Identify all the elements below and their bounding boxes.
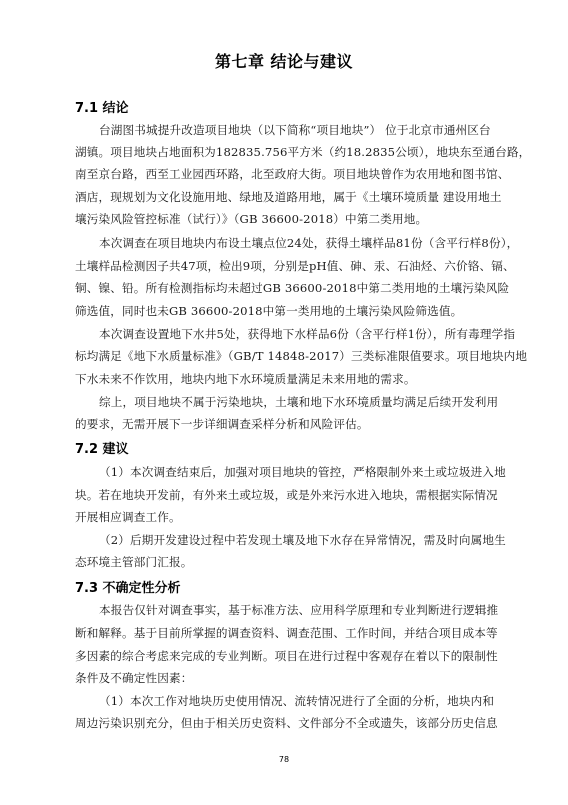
text-line: 的要求，无需开展下一步详细调查采样分析和风险评估。 (75, 417, 495, 431)
text-line: 开展相应调查工作。 (75, 510, 495, 524)
section-heading-uncertainty: 7.3 不确定性分析 (75, 577, 181, 596)
page-number: 78 (0, 755, 568, 764)
text-line: 酒店，现规划为文化设施用地、绿地及道路用地，属于《土壤环境质量 建设用地土 (75, 190, 495, 204)
text-line: （1）本次调查结束后，加强对项目地块的管控，严格限制外来土或垃圾进入地 (99, 465, 519, 479)
text-line: 本次调查设置地下水井5处，获得地下水样品6份（含平行样1份），所有毒理学指 (99, 327, 519, 341)
document-page: 第七章 结论与建议 7.1 结论 台湖图书城提升改造项目地块（以下简称“项目地块… (0, 0, 568, 805)
text-line: 本报告仅针对调查事实，基于标准方法、应用科学原理和专业判断进行逻辑推 (99, 603, 519, 617)
text-line: 块。若在地块开发前，有外来土或垃圾，或是外来污水进入地块，需根据实际情况 (75, 488, 495, 502)
text-line: 壤污染风险管控标准（试行）》（GB 36600-2018）中第二类用地。 (75, 212, 495, 226)
text-line: 条件及不确定性因素： (75, 671, 495, 685)
text-line: 标均满足《地下水质量标准》（GB/T 14848-2017）三类标准限值要求。项… (75, 349, 495, 363)
text-line: 土壤样品检测因子共47项，检出9项，分别是pH值、砷、汞、石油烃、六价铬、镉、 (75, 259, 495, 273)
text-line: 铜、镍、铅。所有检测指标均未超过GB 36600-2018中第二类用地的土壤污染… (75, 281, 495, 295)
text-line: 周边污染识别充分，但由于相关历史资料、文件部分不全或遗失，该部分历史信息 (75, 716, 495, 730)
text-line: （1）本次工作对地块历史使用情况、流转情况进行了全面的分析，地块内和 (99, 694, 519, 708)
text-line: 南至京台路，西至工业园西环路，北至政府大街。项目地块曾作为农用地和图书馆、 (75, 167, 495, 181)
text-line: 多因素的综合考虑来完成的专业判断。项目在进行过程中客观存在着以下的限制性 (75, 649, 495, 663)
chapter-title: 第七章 结论与建议 (0, 49, 568, 72)
text-line: （2）后期开发建设过程中若发现土壤及地下水存在异常情况，需及时向属地生 (99, 533, 519, 547)
text-line: 本次调查在项目地块内布设土壤点位24处，获得土壤样品81份（含平行样8份）， (99, 236, 519, 250)
text-line: 态环境主管部门汇报。 (75, 555, 495, 569)
section-heading-conclusion: 7.1 结论 (75, 97, 129, 116)
text-line: 湖镇。项目地块占地面积为182835.756平方米（约18.2835公顷），地块… (75, 145, 495, 159)
text-line: 综上，项目地块不属于污染地块，土壤和地下水环境质量均满足后续开发利用 (99, 395, 519, 409)
text-line: 台湖图书城提升改造项目地块（以下简称“项目地块”） 位于北京市通州区台 (99, 123, 519, 137)
section-heading-recommendations: 7.2 建议 (75, 438, 129, 457)
text-line: 筛选值，同时也未GB 36600-2018中第一类用地的土壤污染风险筛选值。 (75, 304, 495, 318)
text-line: 断和解释。基于目前所掌握的调查资料、调查范围、工作时间，并结合项目成本等 (75, 626, 495, 640)
text-line: 下水未来不作饮用，地块内地下水环境质量满足未来用地的需求。 (75, 372, 495, 386)
